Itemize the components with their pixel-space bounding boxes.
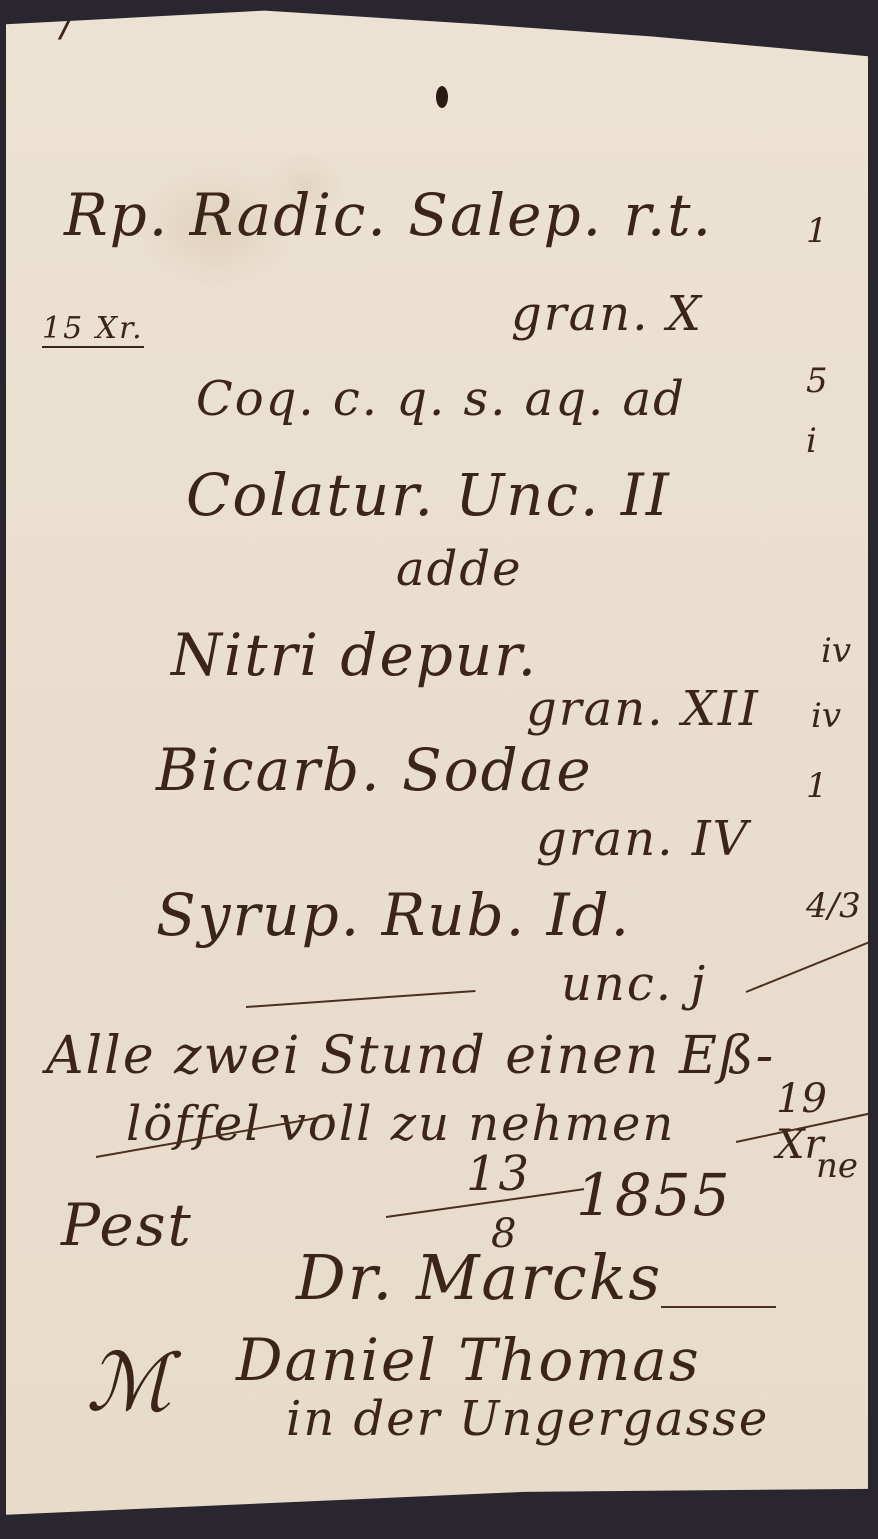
prescription-paper: / Rp. Radic. Salep. r.t. 1 15 Xr. gran. … [6,6,868,1530]
fee-note: ne [816,1146,858,1186]
line-nitri: Nitri depur. [171,621,538,689]
line-adde: adde [396,541,522,597]
line-instructions-2: löffel voll zu nehmen [126,1096,675,1152]
line-coq: Coq. c. q. s. aq. ad [196,371,686,427]
side-note: 15 Xr. [42,311,144,348]
signature-underline [661,1306,776,1308]
line-gran-iv: gran. IV [536,811,749,867]
qty-7: 4/3 [806,886,861,926]
ink-blot [436,86,448,108]
date-day: 13 [466,1146,531,1202]
line-colatur: Colatur. Unc. II [186,461,671,529]
line-syrup: Syrup. Rub. Id. [156,881,631,949]
qty-2: 5 [806,361,828,401]
line-bicarb: Bicarb. Sodae [156,736,593,804]
line-gran-xii: gran. XII [526,681,760,737]
qty-4: iv [821,631,851,671]
patient-name: Daniel Thomas [236,1326,701,1394]
line-instructions-1: Alle zwei Stund einen Eß- [46,1026,775,1086]
date-year: 1855 [576,1161,732,1229]
top-mark: / [61,0,76,46]
qty-3: i [806,421,817,461]
line-unc-j: unc. j [561,956,707,1012]
line-rp: Rp. Radic. Salep. r.t. [64,181,713,249]
patient-flourish: ℳ [86,1336,174,1429]
qty-1: 1 [806,211,828,251]
date-place: Pest [61,1191,193,1259]
doctor-signature: Dr. Marcks [296,1241,662,1314]
line-gran-x: gran. X [511,286,703,342]
divider-right [746,941,872,993]
qty-5: iv [811,696,841,736]
divider-1 [246,990,476,1008]
patient-address: in der Ungergasse [286,1391,769,1447]
qty-6: 1 [806,766,828,806]
